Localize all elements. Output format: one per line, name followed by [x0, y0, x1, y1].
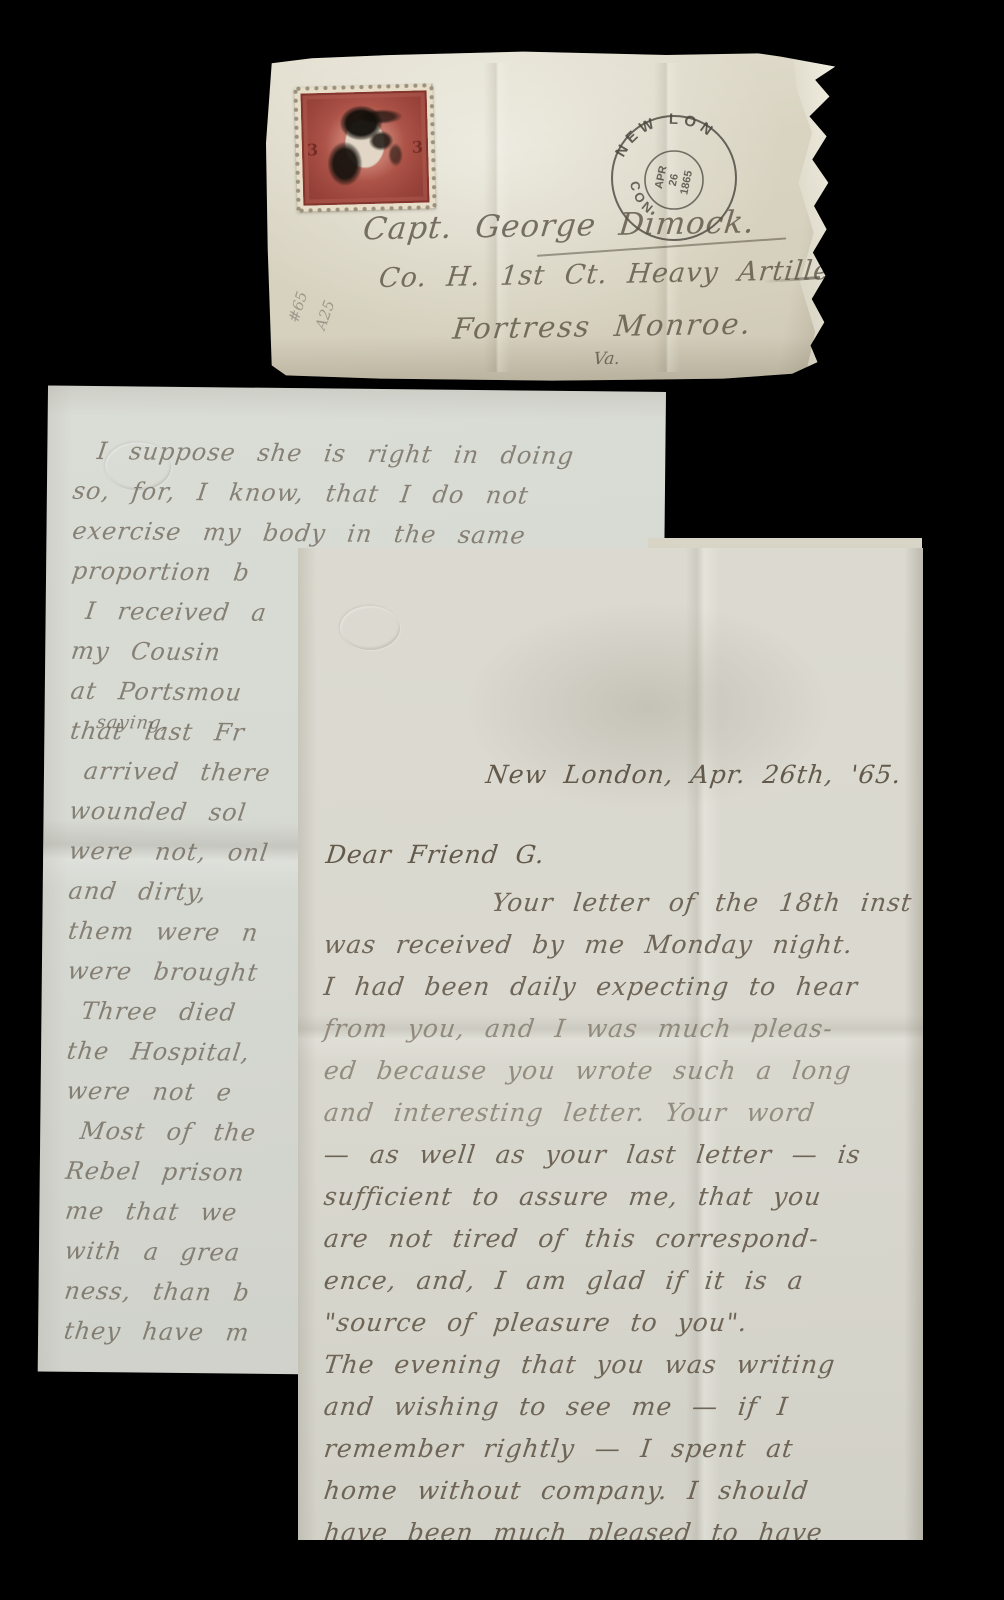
right-page-text: Your letter of the 18th inst was receive… — [324, 882, 923, 1540]
handwriting-line: remember rightly — I spent at — [321, 1428, 923, 1470]
handwriting-line: — as well as your last letter — is — [321, 1134, 923, 1176]
handwriting-line: have been much pleased to have — [321, 1512, 923, 1540]
handwriting-line: are not tired of this correspond- — [321, 1218, 923, 1260]
handwriting-line: sufficient to assure me, that you — [321, 1176, 923, 1218]
handwriting-line: "source of pleasure to you". — [321, 1302, 923, 1344]
handwriting-line: and interesting letter. Your word — [321, 1092, 923, 1134]
address-line-place: Fortress Monroe. — [451, 306, 754, 345]
handwriting-line: home without company. I should — [321, 1470, 923, 1512]
handwriting-line: Your letter of the 18th inst — [321, 882, 923, 924]
handwriting-line: I had been daily expecting to hear — [321, 966, 923, 1008]
address-line-recipient: Capt. George Dimock. — [361, 204, 756, 247]
envelope: 3 3 NEW LON CON APR 26 1865 — [266, 50, 838, 382]
envelope-address: Capt. George Dimock. Co. H. 1st Ct. Heav… — [263, 45, 841, 387]
handwriting-line: ence, and, I am glad if it is a — [321, 1260, 923, 1302]
letter-page-right: New London, Apr. 26th, '65. Dear Friend … — [298, 548, 923, 1540]
address-line-unit: Co. H. 1st Ct. Heavy Artillery — [377, 255, 862, 294]
embossed-seal — [340, 606, 400, 650]
handwriting-line: was received by me Monday night. — [321, 924, 923, 966]
handwriting-line: ed because you wrote such a long — [321, 1050, 923, 1092]
photo-scene: 3 3 NEW LON CON APR 26 1865 — [0, 0, 1004, 1600]
handwriting-line: I suppose she is right in doing — [71, 431, 666, 477]
address-line-state: Va. — [592, 349, 620, 369]
salutation: Dear Friend G. — [324, 840, 546, 869]
handwriting-line: The evening that you was writing — [321, 1344, 923, 1386]
handwriting-line: from you, and I was much pleas- — [321, 1008, 923, 1050]
dateline: New London, Apr. 26th, '65. — [484, 760, 903, 789]
handwriting-line: and wishing to see me — if I — [321, 1386, 923, 1428]
handwriting-line: so, for, I know, that I do not — [70, 471, 666, 517]
